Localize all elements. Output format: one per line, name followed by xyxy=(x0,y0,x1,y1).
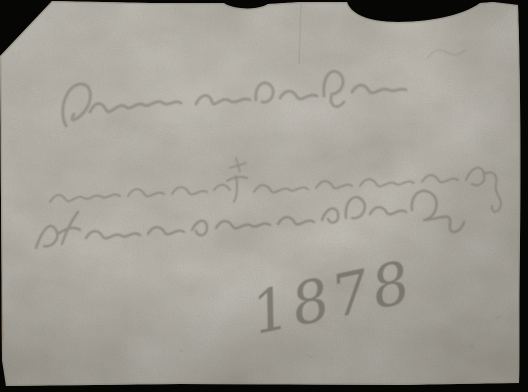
label-photograph: 1878 xyxy=(0,0,528,392)
photo-stage: 1878 xyxy=(0,0,528,392)
paper-scrap: 1878 xyxy=(0,0,528,392)
